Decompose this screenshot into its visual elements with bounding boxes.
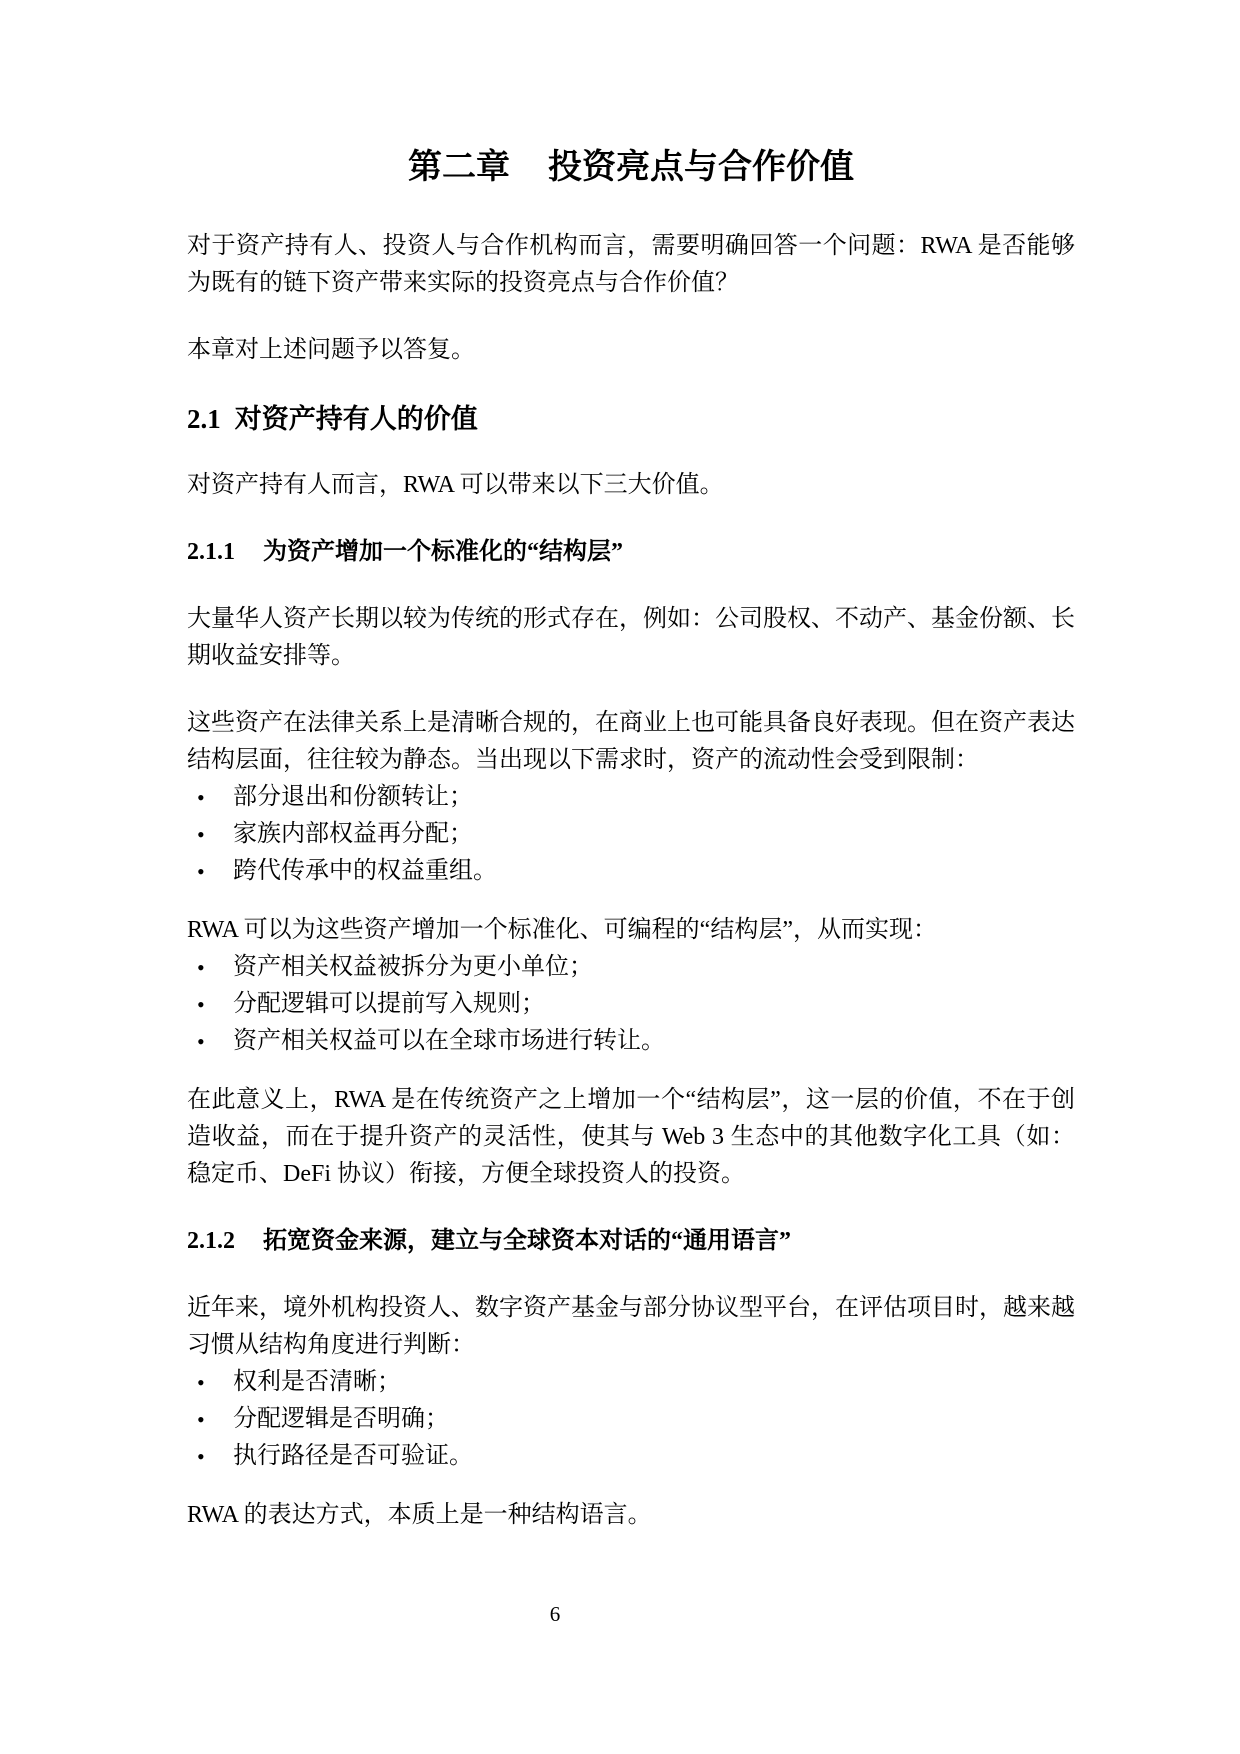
paragraph-structure-language: RWA 的表达方式，本质上是一种结构语言。 [187,1497,1075,1534]
bullet-marker: • [187,816,233,853]
bullet-marker: • [187,1023,233,1060]
paragraph-structure-value: 在此意义上，RWA 是在传统资产之上增加一个“结构层”，这一层的价值，不在于创造… [187,1082,1075,1193]
chapter-title-text: 投资亮点与合作价值 [548,146,854,190]
bullet-marker: • [187,1364,233,1401]
bullet-marker: • [187,779,233,816]
heading-text: 对资产持有人的价值 [235,399,478,439]
bullet-item: • 跨代传承中的权益重组。 [187,853,1075,890]
paragraph-static-structure: 这些资产在法律关系上是清晰合规的，在商业上也可能具备良好表现。但在资产表达结构层… [187,705,1075,779]
bullet-item: • 分配逻辑可以提前写入规则； [187,986,1075,1023]
bullet-item-text: 资产相关权益可以在全球市场进行转让。 [233,1023,1075,1060]
bullet-marker: • [187,986,233,1023]
section-2-1-2-heading: 2.1.2 拓宽资金来源，建立与全球资本对话的“通用语言” [187,1223,1075,1260]
bullet-list-evaluation-criteria: • 权利是否清晰； • 分配逻辑是否明确； • 执行路径是否可验证。 [187,1364,1075,1475]
chapter-title: 第二章 投资亮点与合作价值 [187,146,1075,190]
section-2-1-1-heading: 2.1.1 为资产增加一个标准化的“结构层” [187,534,1075,571]
bullet-item-text: 跨代传承中的权益重组。 [233,853,1075,890]
bullet-list-structure-benefits: • 资产相关权益被拆分为更小单位； • 分配逻辑可以提前写入规则； • 资产相关… [187,949,1075,1060]
bullet-item: • 分配逻辑是否明确； [187,1401,1075,1438]
heading-number: 2.1.1 [187,534,235,571]
bullet-item-text: 家族内部权益再分配； [233,816,1075,853]
bullet-item-text: 资产相关权益被拆分为更小单位； [233,949,1075,986]
intro-paragraph-1: 对于资产持有人、投资人与合作机构而言，需要明确回答一个问题：RWA 是否能够为既… [187,228,1075,302]
bullet-item-text: 分配逻辑可以提前写入规则； [233,986,1075,1023]
chapter-number: 第二章 [408,146,510,190]
intro-paragraph-2: 本章对上述问题予以答复。 [187,332,1075,369]
bullet-item: • 权利是否清晰； [187,1364,1075,1401]
bullet-item: • 资产相关权益可以在全球市场进行转让。 [187,1023,1075,1060]
bullet-item-text: 部分退出和份额转让； [233,779,1075,816]
document-page: 第二章 投资亮点与合作价值 对于资产持有人、投资人与合作机构而言，需要明确回答一… [0,0,1240,1754]
bullet-item: • 执行路径是否可验证。 [187,1438,1075,1475]
bullet-marker: • [187,949,233,986]
bullet-marker: • [187,1438,233,1475]
heading-text: 为资产增加一个标准化的“结构层” [263,534,623,571]
heading-number: 2.1.2 [187,1223,235,1260]
page-number: 6 [0,1600,1110,1628]
bullet-marker: • [187,1401,233,1438]
bullet-item: • 部分退出和份额转让； [187,779,1075,816]
bullet-marker: • [187,853,233,890]
section-2-1-lead: 对资产持有人而言，RWA 可以带来以下三大价值。 [187,467,1075,504]
heading-text: 拓宽资金来源，建立与全球资本对话的“通用语言” [263,1223,791,1260]
paragraph-global-capital: 近年来，境外机构投资人、数字资产基金与部分协议型平台，在评估项目时，越来越习惯从… [187,1290,1075,1364]
heading-number: 2.1 [187,399,221,439]
bullet-list-liquidity-limits: • 部分退出和份额转让； • 家族内部权益再分配； • 跨代传承中的权益重组。 [187,779,1075,890]
bullet-item: • 家族内部权益再分配； [187,816,1075,853]
paragraph-rwa-structure-layer: RWA 可以为这些资产增加一个标准化、可编程的“结构层”，从而实现： [187,912,1075,949]
page-content: 第二章 投资亮点与合作价值 对于资产持有人、投资人与合作机构而言，需要明确回答一… [0,0,1240,1534]
bullet-item-text: 分配逻辑是否明确； [233,1401,1075,1438]
section-2-1-heading: 2.1 对资产持有人的价值 [187,399,1075,439]
paragraph-traditional-assets: 大量华人资产长期以较为传统的形式存在，例如：公司股权、不动产、基金份额、长期收益… [187,601,1075,675]
bullet-item-text: 执行路径是否可验证。 [233,1438,1075,1475]
bullet-item: • 资产相关权益被拆分为更小单位； [187,949,1075,986]
bullet-item-text: 权利是否清晰； [233,1364,1075,1401]
